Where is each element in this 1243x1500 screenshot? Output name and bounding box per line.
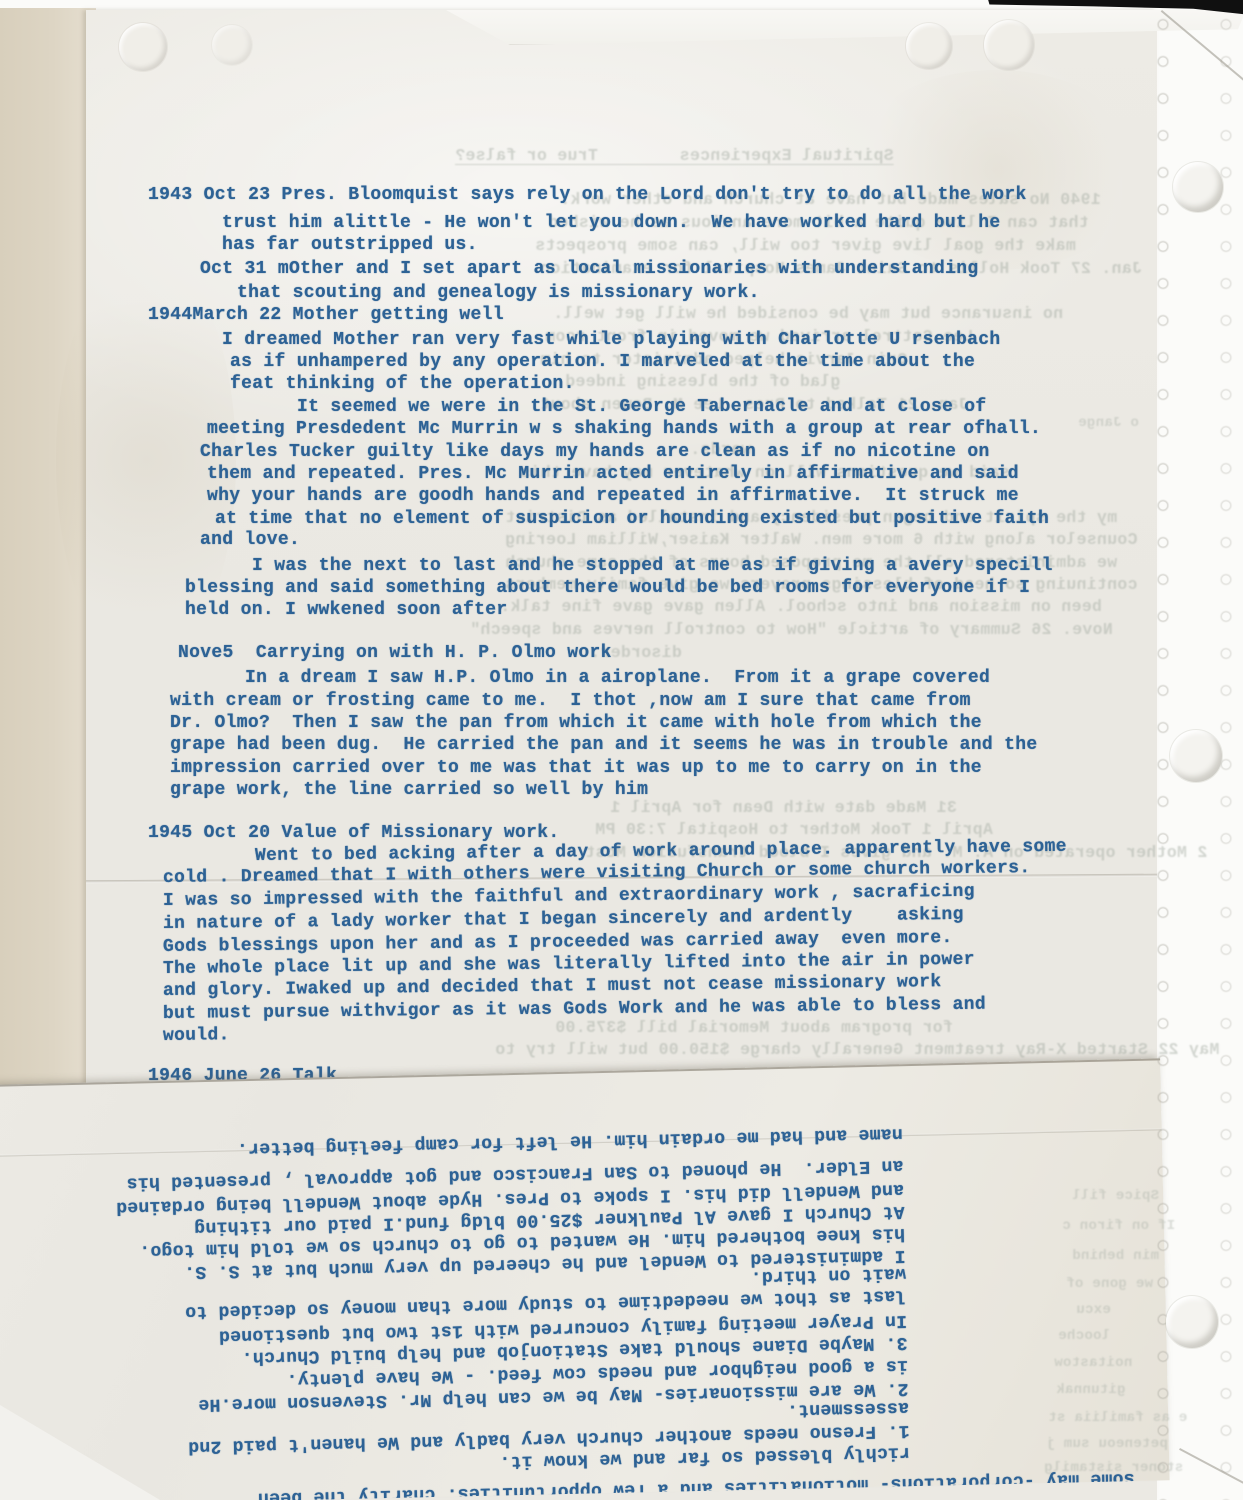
- ghost-fragment: Spice fill: [1072, 1188, 1159, 1204]
- punch-hole: [1166, 1296, 1218, 1348]
- ghost-fragment: gitunnak: [1056, 1382, 1126, 1398]
- ghost-fragment: min behind: [1072, 1248, 1159, 1264]
- punch-hole: [1173, 162, 1223, 212]
- ghost-fragment: we gone of: [1066, 1276, 1153, 1292]
- punch-hole: [1170, 730, 1222, 782]
- ghost-fragment: peteneou sum j: [1046, 1436, 1168, 1452]
- perforated-edge: [1155, 0, 1171, 1500]
- ghost-fragment: looche: [1058, 1328, 1110, 1344]
- scanned-document-page: Spiritual Experiences True or false?1940…: [0, 0, 1243, 1500]
- overlay-bleed-layer: Spice fillIf on firon cmin behindwe gone…: [0, 0, 1243, 1500]
- ghost-fragment: noitastow: [1054, 1355, 1132, 1371]
- ghost-fragment: excu: [1076, 1302, 1111, 1318]
